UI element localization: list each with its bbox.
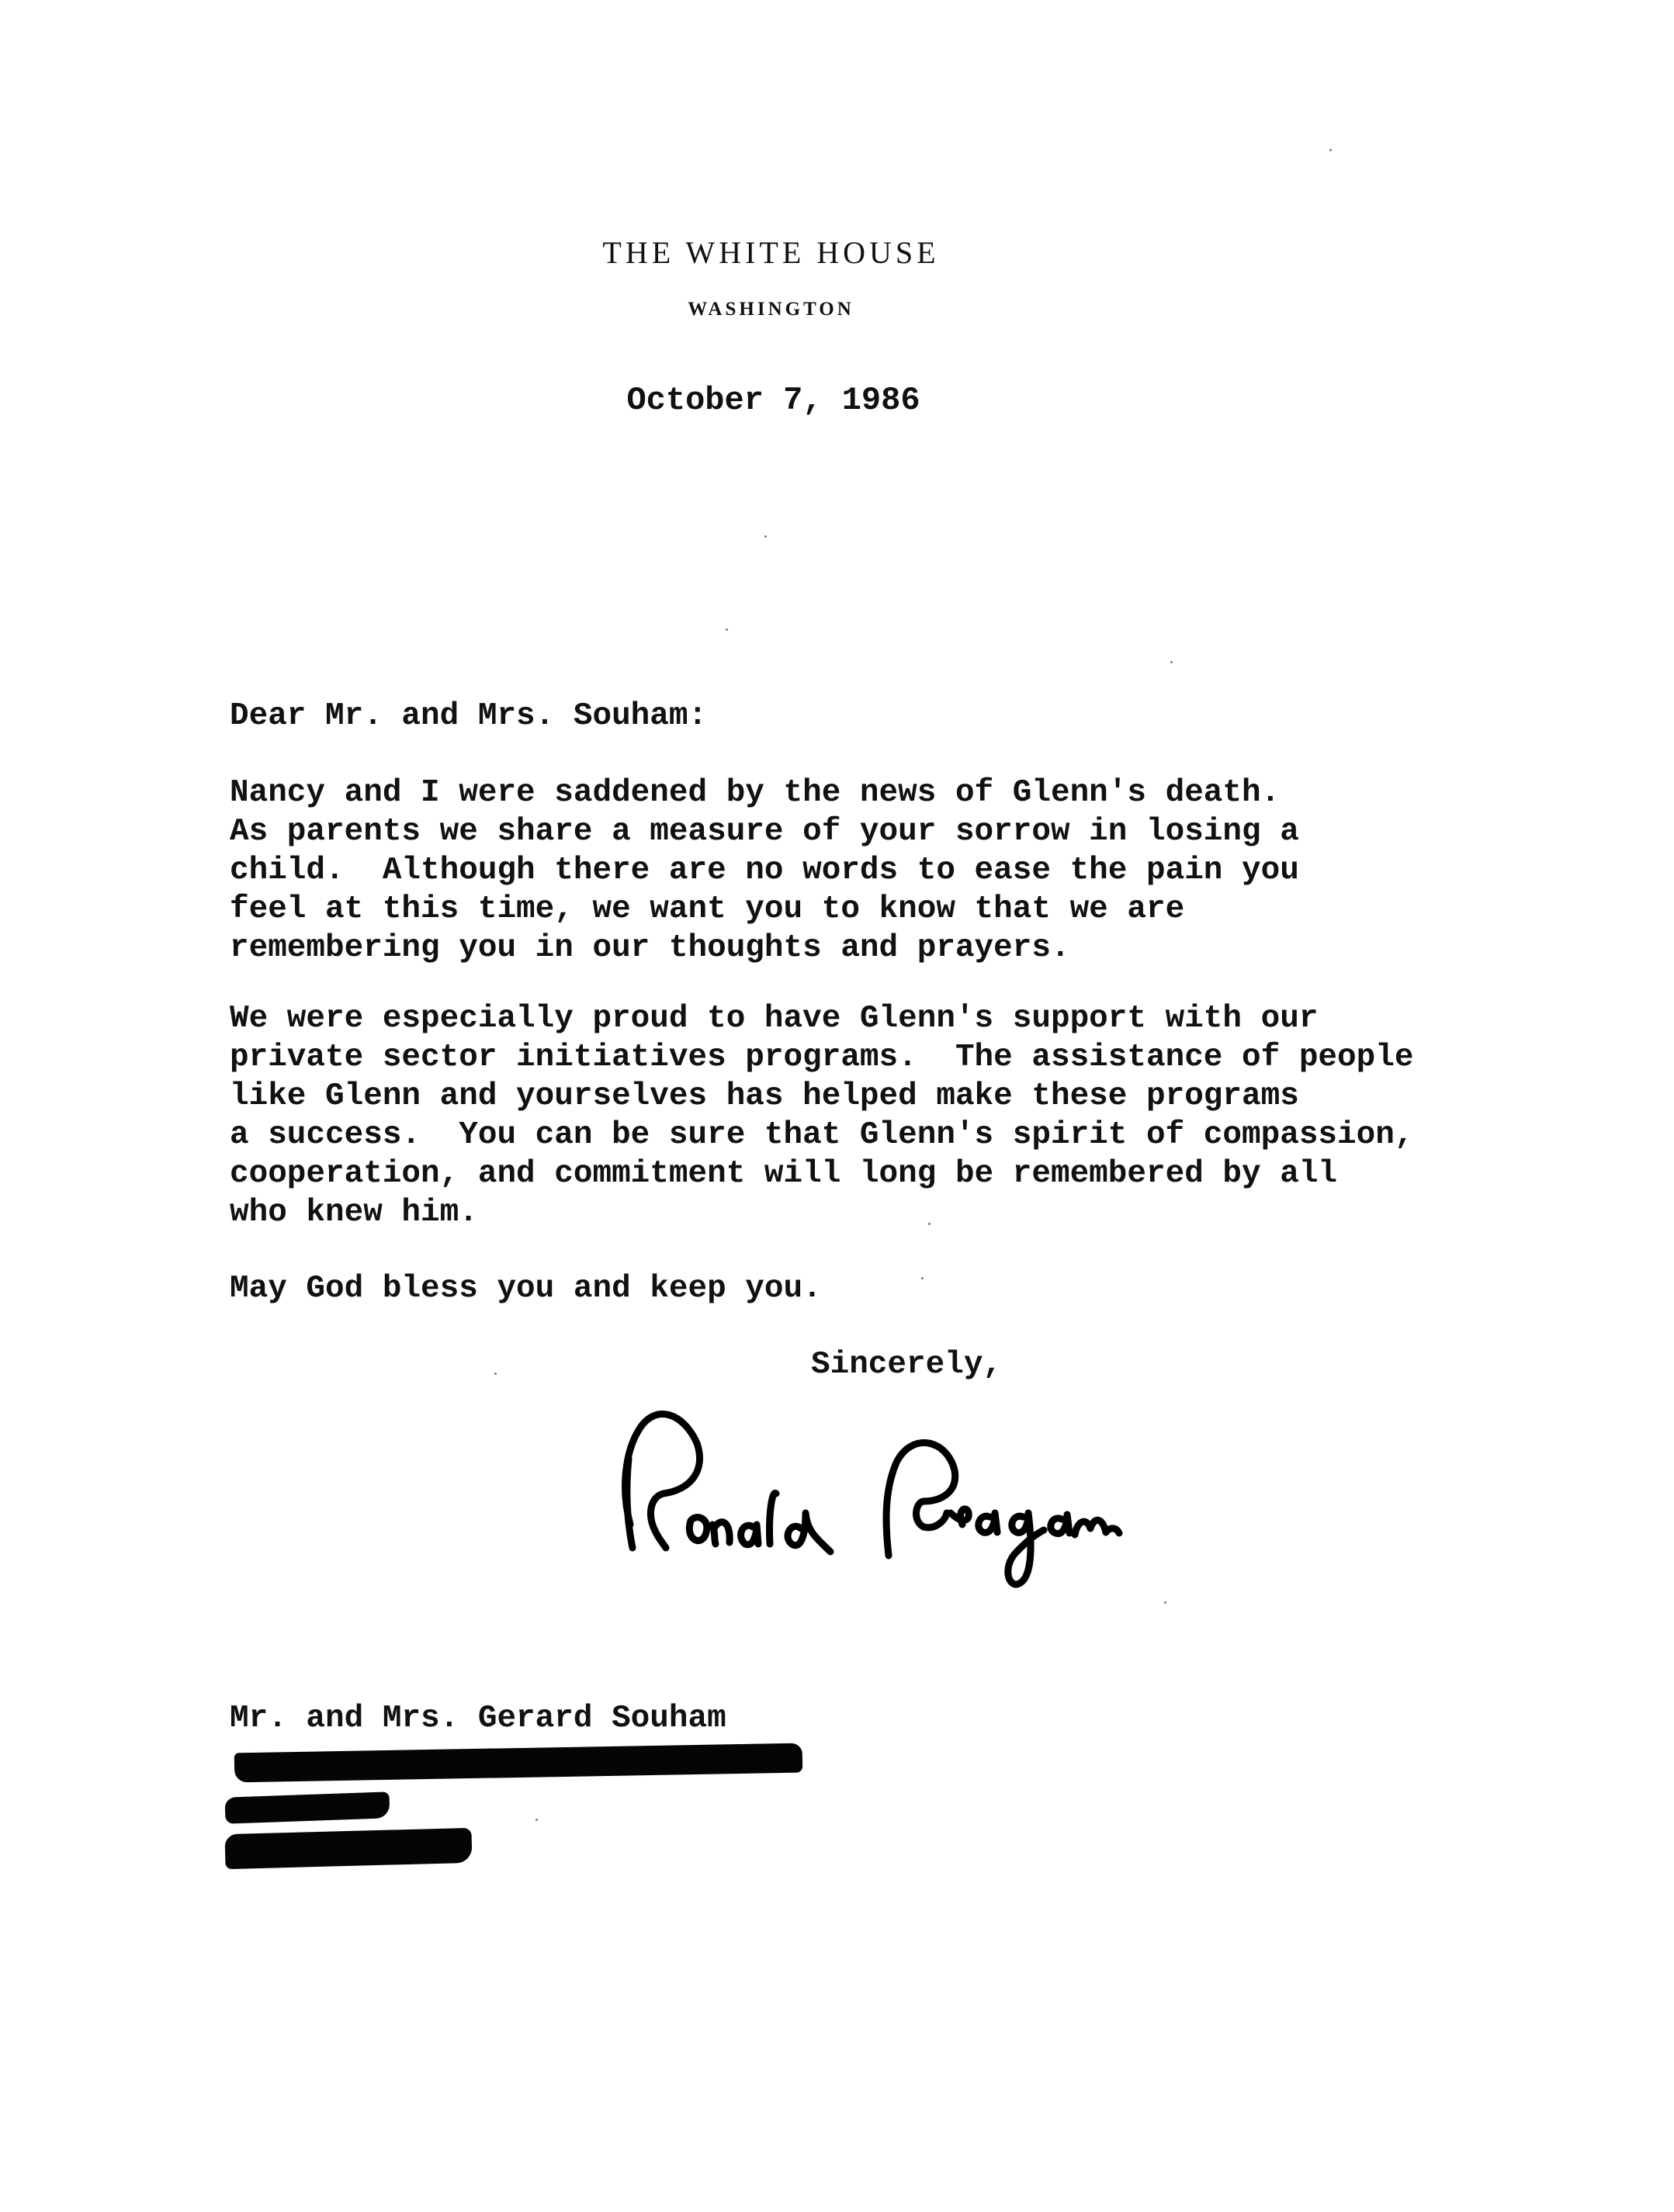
closing-line: May God bless you and keep you. [230, 1269, 822, 1308]
signature-icon: Ronald Reagan [598, 1397, 1242, 1606]
sign-off: Sincerely, [811, 1345, 1002, 1384]
scan-speck [535, 1819, 538, 1821]
body-paragraph-2: We were especially proud to have Glenn's… [230, 999, 1413, 1232]
letterhead-title: THE WHITE HOUSE [0, 234, 1608, 271]
scan-speck [1164, 1601, 1166, 1604]
scan-speck [494, 1373, 497, 1375]
recipient-name: Mr. and Mrs. Gerard Souham [230, 1699, 726, 1738]
scan-speck [1170, 661, 1173, 663]
body-paragraph-1: Nancy and I were saddened by the news of… [230, 774, 1299, 968]
redacted-address-line-1 [234, 1743, 803, 1783]
scan-speck [921, 1277, 924, 1279]
scan-speck [764, 535, 767, 538]
scan-speck [928, 1223, 931, 1225]
letter-date: October 7, 1986 [0, 382, 1610, 419]
scan-speck [1329, 149, 1332, 151]
letterhead-city: WASHINGTON [0, 299, 1608, 320]
scan-speck [726, 628, 728, 631]
salutation: Dear Mr. and Mrs. Souham: [230, 697, 707, 736]
redacted-address-line-2 [224, 1791, 390, 1823]
letter-page: THE WHITE HOUSE WASHINGTON October 7, 19… [0, 0, 1674, 2212]
redacted-address-line-3 [224, 1828, 472, 1869]
